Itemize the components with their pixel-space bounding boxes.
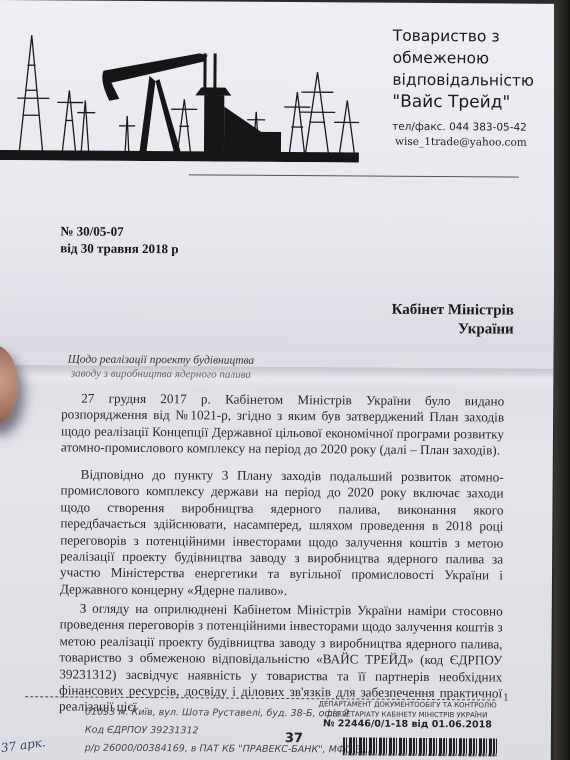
company-name: "Вайс Трейд" xyxy=(392,91,534,114)
body-paragraph: 27 грудня 2017 р. Кабінетом Міністрів Ук… xyxy=(61,390,504,459)
company-line: відповідальністю xyxy=(392,69,534,92)
letter-subject: Щодо реалізації проекту будівництва заво… xyxy=(63,352,258,381)
company-line: Товариство з xyxy=(393,25,535,48)
addressee-line: України xyxy=(391,320,513,340)
oil-pump-logo-icon xyxy=(0,20,360,163)
addressee: Кабінет Міністрів України xyxy=(391,301,513,340)
letterhead-divider xyxy=(189,174,519,177)
reference-date: від 30 травня 2018 р xyxy=(60,239,178,257)
handwritten-note: 37 арк. xyxy=(0,735,46,755)
registration-stamp: ДЕПАРТАМЕНТ ДОКУМЕНТООБІГУ ТА КОНТРОЛЮ С… xyxy=(310,699,505,730)
phone-fax: тел/факс. 044 383-05-42 xyxy=(392,120,527,136)
subject-line: Щодо реалізації проекту будівництва xyxy=(63,352,258,367)
company-contacts: тел/факс. 044 383-05-42 wise_1trade@yaho… xyxy=(392,120,527,151)
sheet-count: 37 xyxy=(285,731,303,746)
background-edge xyxy=(554,0,570,760)
barcode xyxy=(343,737,498,756)
reference-number: № 30/05-07 xyxy=(60,222,178,240)
letter-page: Товариство з обмеженою відповідальністю … xyxy=(0,0,556,760)
subject-line: заводу з виробництва ядерного палива xyxy=(63,366,258,381)
company-name-block: Товариство з обмеженою відповідальністю … xyxy=(392,25,534,114)
footer-bank: р/р 26000/00384169, в ПАТ КБ "ПРАВЕКС-БА… xyxy=(85,740,371,760)
stamp-number: № 22446/0/1-18 від 01.06.2018 xyxy=(310,719,505,730)
addressee-line: Кабінет Міністрів xyxy=(392,301,514,321)
letter-reference: № 30/05-07 від 30 травня 2018 р xyxy=(60,222,179,257)
body-paragraph: Відповідно до пункту 3 Плану заходів под… xyxy=(60,466,504,600)
email-address: wise_1trade@yahoo.com xyxy=(392,135,527,151)
company-line: обмеженою xyxy=(393,47,535,70)
